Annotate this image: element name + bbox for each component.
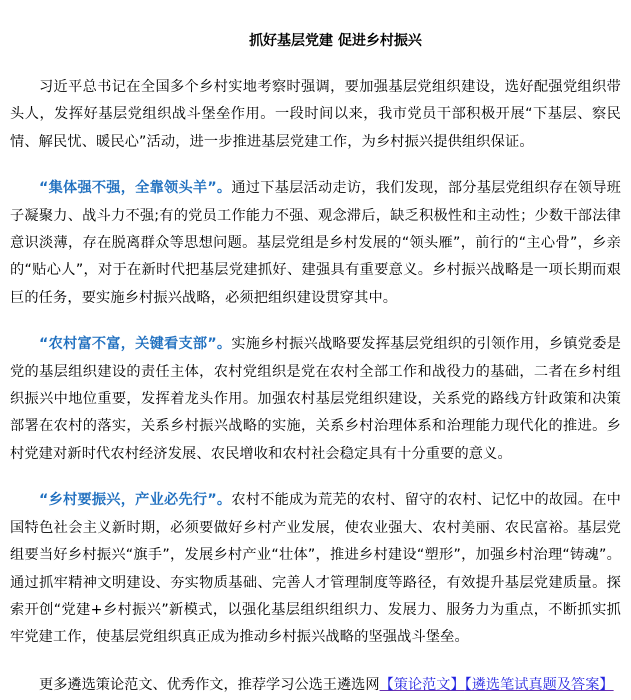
paragraph-text: 农村不能成为荒芜的农村、留守的农村、记忆中的故园。在中国特色社会主义新时期，必须… — [10, 492, 621, 645]
footer-recommendation: 更多遴选策论范文、优秀作文，推荐学习公选王遴选网【策论范文】【遴选笔试真题及答案… — [10, 672, 621, 699]
paragraph-lead-highlight: “集体强不强，全靠领头羊”。 — [39, 180, 231, 196]
link-exam-questions-answers[interactable]: 【遴选笔试真题及答案】 — [465, 677, 614, 693]
document: 抓好基层党建 促进乡村振兴 习近平总书记在全国多个乡村实地考察时强调，要加强基层… — [0, 0, 631, 699]
paragraph-intro: 习近平总书记在全国多个乡村实地考察时强调，要加强基层党组织建设，选好配强党组织带… — [10, 74, 621, 156]
link-essay-samples[interactable]: 【策论范文】 — [380, 677, 465, 693]
footer-text: 更多遴选策论范文、优秀作文，推荐学习公选王遴选网 — [39, 677, 380, 693]
paragraph-text: 实施乡村振兴战略要发挥基层党组织的引领作用，乡镇党委是党的基层组织建设的责任主体… — [10, 336, 621, 462]
paragraph-leadership: “集体强不强，全靠领头羊”。通过下基层活动走访，我们发现，部分基层党组织存在领导… — [10, 175, 621, 312]
paragraph-industry: “乡村要振兴，产业必先行”。农村不能成为荒芜的农村、留守的农村、记忆中的故园。在… — [10, 487, 621, 651]
paragraph-text: 通过下基层活动走访，我们发现，部分基层党组织存在领导班子凝聚力、战斗力不强;有的… — [10, 180, 621, 306]
paragraph-lead-highlight: “农村富不富，关键看支部”。 — [39, 336, 231, 352]
paragraph-branch: “农村富不富，关键看支部”。实施乡村振兴战略要发挥基层党组织的引领作用，乡镇党委… — [10, 331, 621, 468]
paragraph-lead-highlight: “乡村要振兴，产业必先行”。 — [39, 492, 231, 508]
document-title: 抓好基层党建 促进乡村振兴 — [10, 0, 621, 53]
paragraph-text: 习近平总书记在全国多个乡村实地考察时强调，要加强基层党组织建设，选好配强党组织带… — [10, 79, 621, 150]
